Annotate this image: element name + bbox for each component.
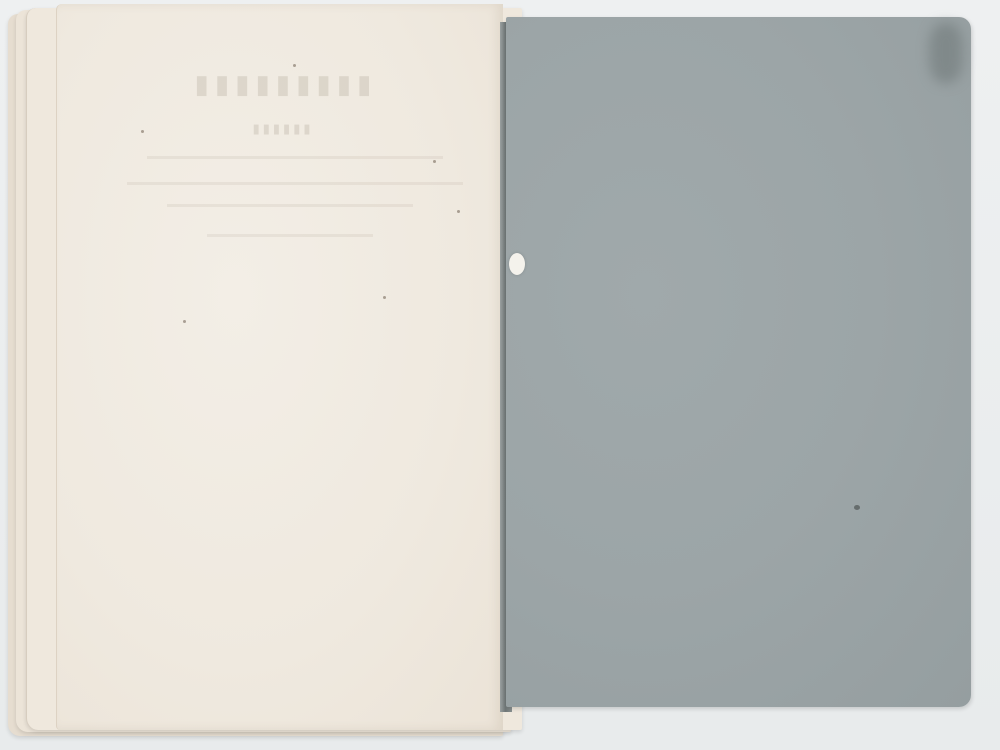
show-through-line (127, 182, 463, 185)
foxing-spot (383, 296, 386, 299)
show-through-title: ▮▮▮▮▮▮▮▮▮ (57, 70, 503, 100)
show-through-line (147, 156, 443, 159)
show-through-subtitle: ▮▮▮▮▮▮ (57, 122, 503, 137)
photo-background: ▮▮▮▮▮▮▮▮▮ ▮▮▮▮▮▮ (0, 0, 1000, 750)
show-through-line (167, 204, 413, 207)
foxing-spot (433, 160, 436, 163)
cover-spot (854, 505, 860, 510)
foxing-spot (183, 320, 186, 323)
left-blank-page: ▮▮▮▮▮▮▮▮▮ ▮▮▮▮▮▮ (56, 4, 503, 730)
foxing-spot (293, 64, 296, 67)
foxing-spot (141, 130, 144, 133)
show-through-line (207, 234, 373, 237)
foxing-spot (457, 210, 460, 213)
grey-paper-cover (506, 17, 971, 707)
paper-tab (509, 253, 525, 275)
cover-stain (929, 23, 963, 83)
